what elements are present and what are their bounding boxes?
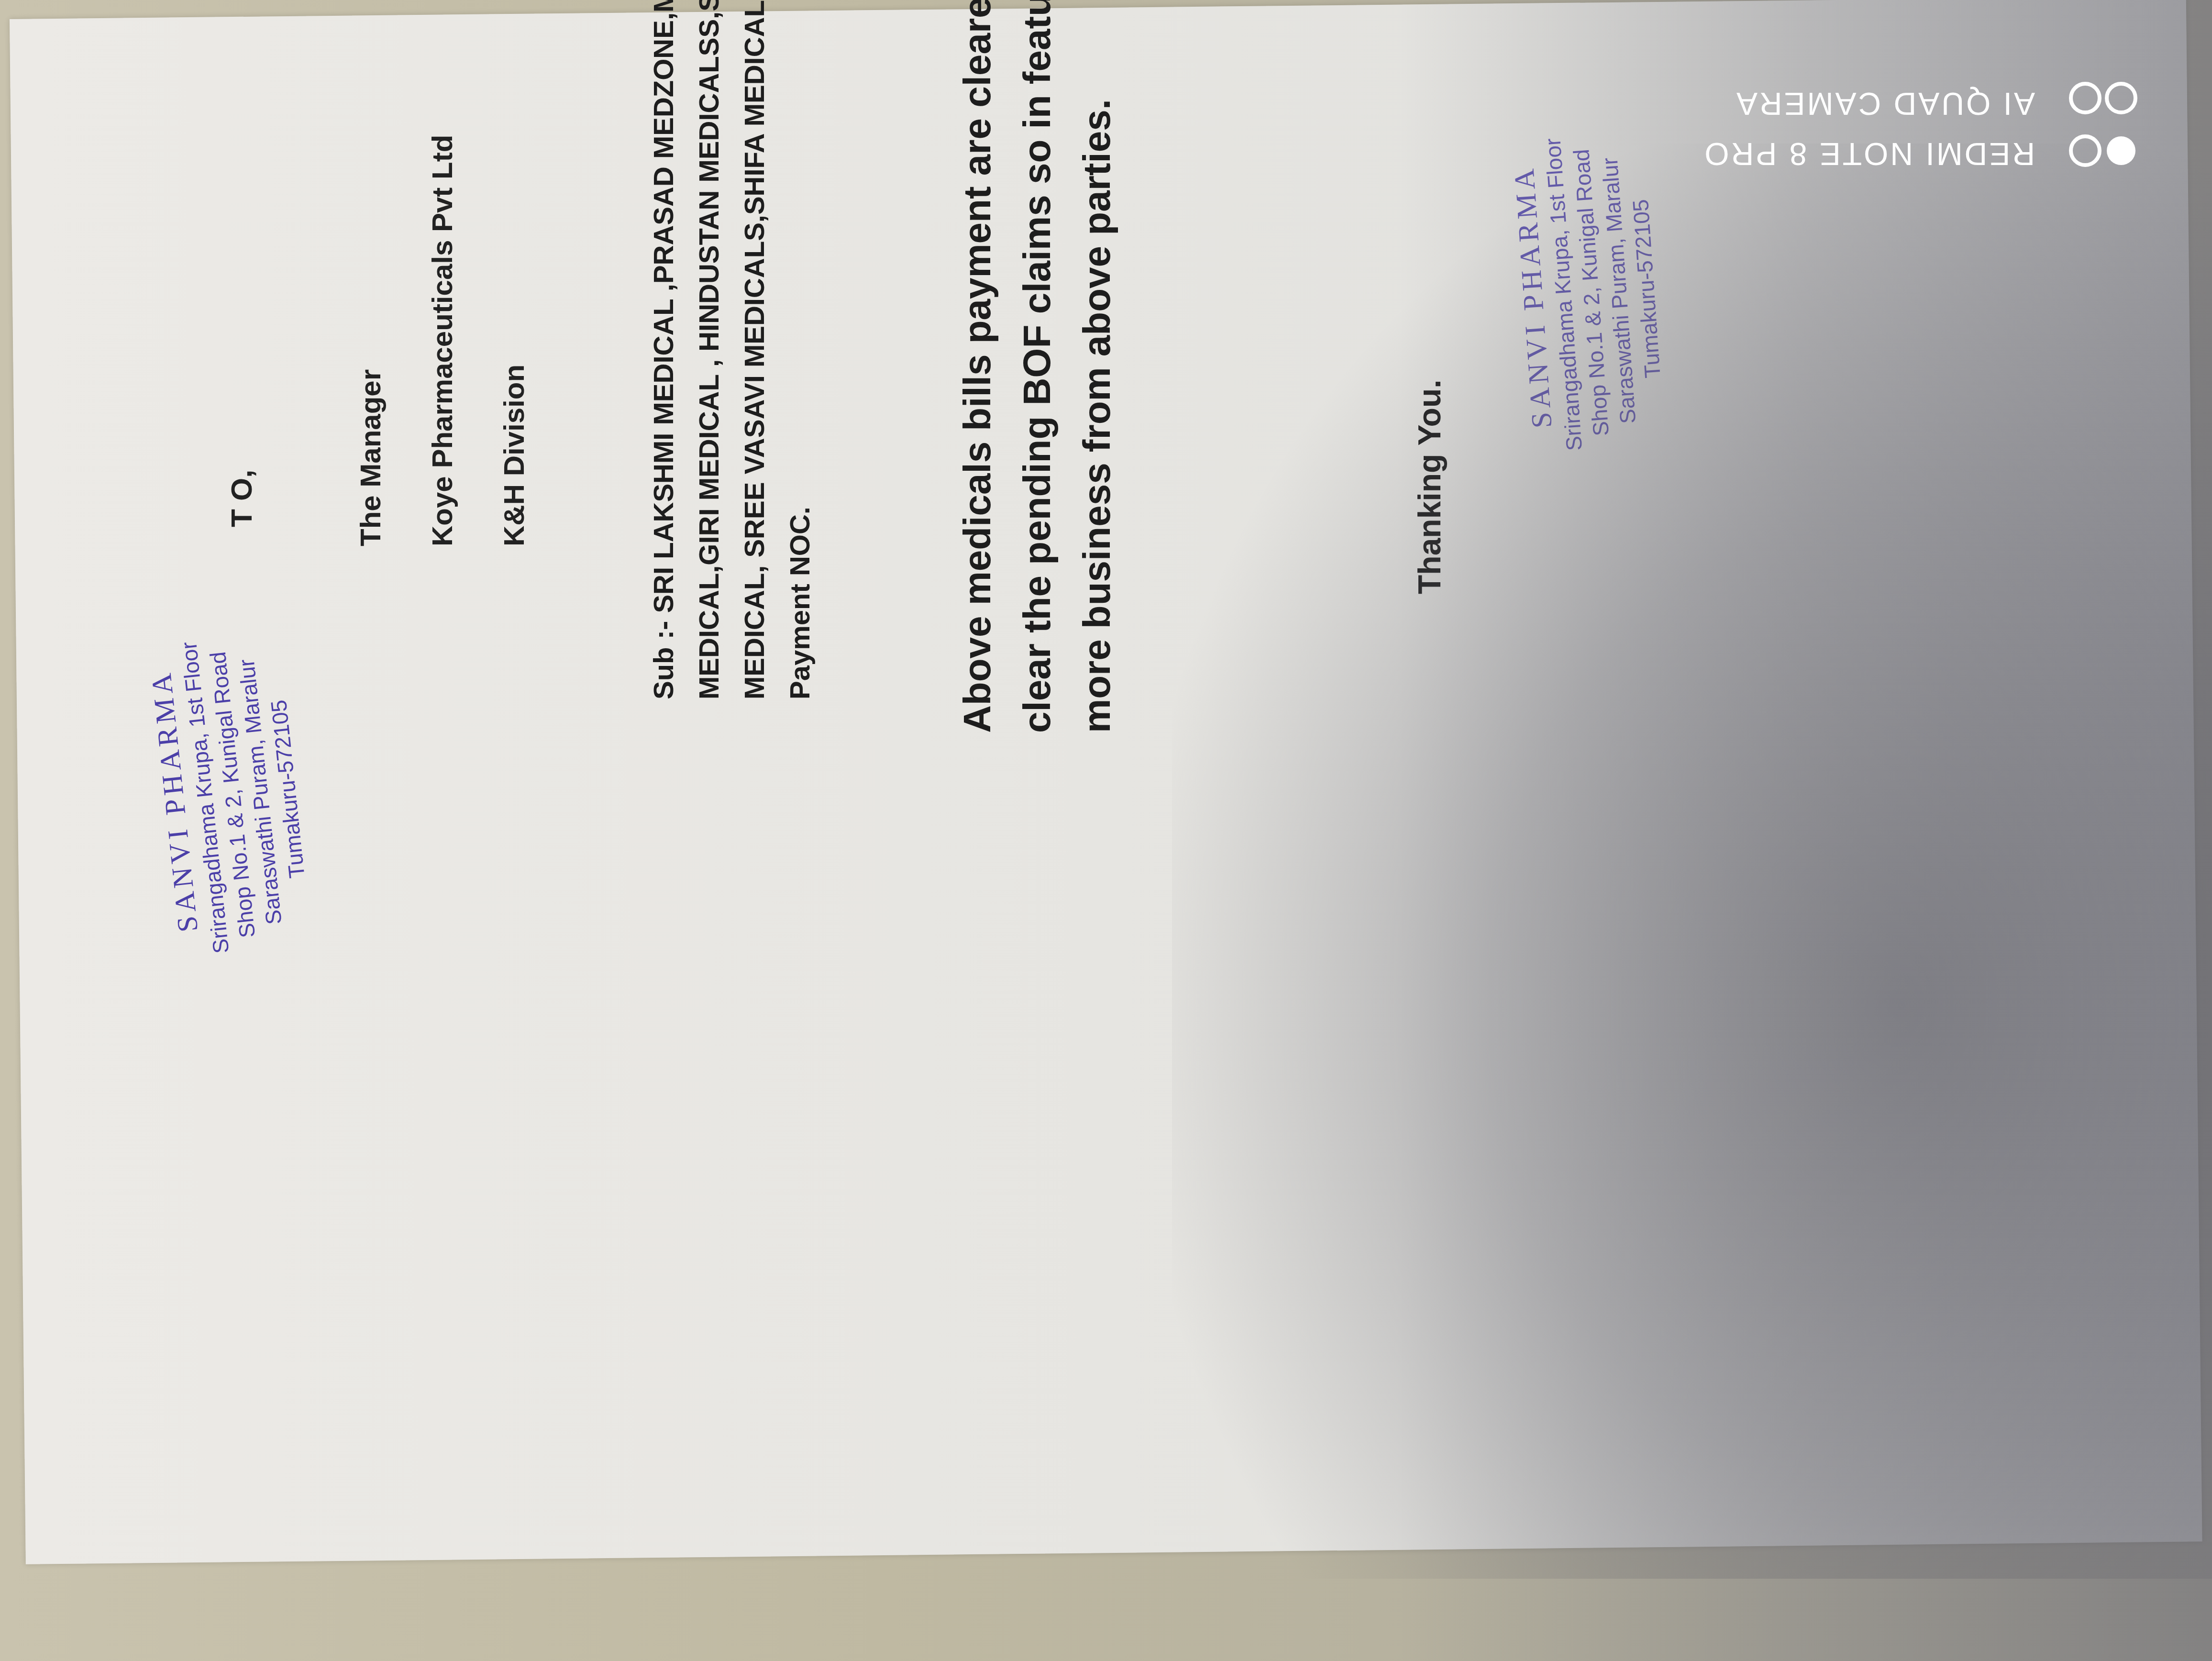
- letter-content: SANVI PHARMA Srirangadhama Krupa, 1st Fl…: [0, 0, 2212, 1661]
- recipient-company: Koye Pharmaceuticals Pvt Ltd: [426, 135, 459, 546]
- subject-line: Sub :- SRI LAKSHMI MEDICAL ,PRASAD MEDZO…: [641, 0, 823, 699]
- watermark-camera: AI QUAD CAMERA: [1735, 86, 2035, 122]
- recipient-division: K&H Division: [498, 365, 531, 546]
- closing: Thanking You.: [1411, 379, 1448, 594]
- letterhead-stamp: SANVI PHARMA Srirangadhama Krupa, 1st Fl…: [138, 593, 322, 998]
- letter-body: Above medicals bills payment are cleared…: [947, 0, 1127, 733]
- to-salutation: T O,: [225, 469, 259, 527]
- quad-camera-icon: [2064, 72, 2140, 172]
- camera-watermark: REDMI NOTE 8 PRO AI QUAD CAMERA: [1662, 67, 2140, 177]
- signature-stamp: SANVI PHARMA Srirangadhama Krupa, 1st Fl…: [1503, 92, 1674, 494]
- recipient-title: The Manager: [354, 369, 387, 546]
- watermark-model: REDMI NOTE 8 PRO: [1703, 136, 2035, 172]
